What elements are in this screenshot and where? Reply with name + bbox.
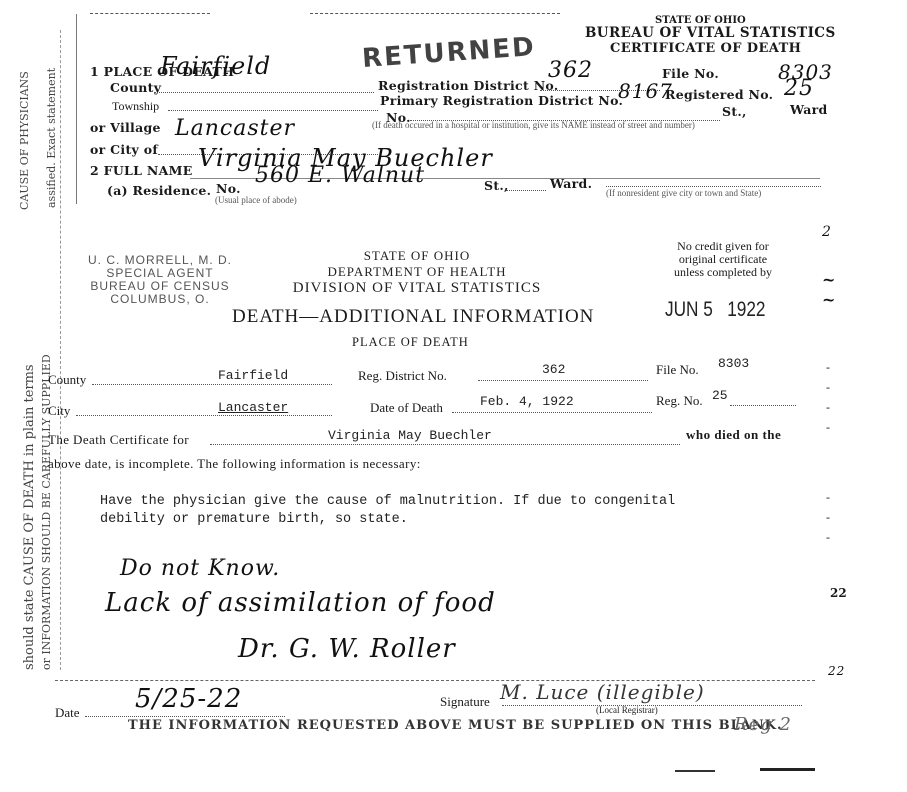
left-border-line — [76, 14, 77, 204]
census-stamp: U. C. MORRELL, M. D. SPECIAL AGENT BUREA… — [65, 254, 255, 306]
credit-note-line: unless completed by — [658, 266, 788, 279]
add-county-label: County — [48, 372, 86, 388]
reg-district-handwritten: 362 — [548, 58, 593, 83]
date-of-death-label: Date of Death — [370, 400, 443, 416]
add-city-dotted-line — [76, 415, 332, 416]
village-label: or Village — [90, 120, 161, 135]
scan-mark — [675, 770, 715, 772]
request-line-2: debility or premature birth, so state. — [100, 512, 408, 527]
date-received-stamp: JUN 5 1922 — [665, 298, 766, 322]
top-border-line — [310, 13, 560, 14]
st-label: St., — [722, 104, 747, 119]
returned-stamp: RETURNED — [361, 32, 536, 74]
credit-note: No credit given for original certificate… — [658, 240, 788, 279]
right-margin-dot: - — [826, 490, 830, 505]
hospital-note: (If death occured in a hospital or insti… — [372, 120, 695, 130]
reg-district-label: Registration District No. — [378, 78, 559, 93]
date-label: Date — [55, 705, 80, 721]
right-margin-mark: ~ — [822, 290, 836, 309]
date-dotted-line — [85, 716, 285, 717]
full-name-label: 2 FULL NAME — [90, 163, 193, 178]
add-file-no-value: 8303 — [718, 356, 749, 371]
left-margin-bottom-text-2: or INFORMATION SHOULD BE CAREFULLY SUPPL… — [40, 354, 53, 670]
add-reg-district-label: Reg. District No. — [358, 368, 447, 384]
county-dotted-line — [154, 92, 374, 93]
scan-mark — [760, 768, 815, 771]
left-margin-line — [60, 30, 61, 670]
city-label: or City of — [90, 142, 158, 157]
signature-label: Signature — [440, 694, 490, 710]
footer-notice: THE INFORMATION REQUESTED ABOVE MUST BE … — [128, 718, 783, 733]
physician-signature: Dr. G. W. Roller — [238, 634, 456, 664]
date-handwritten: 5/25-22 — [135, 684, 242, 714]
registered-no-handwritten: 25 — [784, 76, 814, 101]
right-margin-dot: - — [826, 420, 830, 435]
right-margin-mark: 22 — [830, 586, 847, 600]
registrar-signature: M. Luce (illegible) — [500, 680, 705, 704]
cert-title: CERTIFICATE OF DEATH — [610, 41, 801, 56]
form-subtitle: PLACE OF DEATH — [352, 335, 469, 350]
local-registrar-label: (Local Registrar) — [596, 705, 658, 715]
cert-for-value: Virginia May Buechler — [328, 428, 492, 443]
top-border-line — [90, 13, 210, 14]
residence-no-label: No. — [216, 181, 241, 196]
date-of-death-dotted-line — [452, 412, 652, 413]
dept-department: DEPARTMENT OF HEALTH — [272, 264, 562, 280]
dept-division: DIVISION OF VITAL STATISTICS — [272, 280, 562, 297]
usual-abode-note: (Usual place of abode) — [215, 195, 297, 205]
village-handwritten: Lancaster — [175, 116, 295, 141]
residence-ward-label: Ward. — [550, 176, 592, 191]
right-margin-mark: ~ — [822, 270, 836, 289]
left-margin-top-text: assified. Exact statement — [45, 68, 58, 208]
ward-dotted-line — [506, 190, 546, 191]
add-file-no-label: File No. — [656, 362, 699, 378]
died-on-label: who died on the — [686, 427, 781, 443]
response-line-2: Lack of assimilation of food — [105, 588, 496, 618]
right-margin-mark: 2 — [822, 224, 832, 240]
nonresident-dotted-line — [606, 186, 821, 187]
add-county-value: Fairfield — [218, 368, 288, 383]
right-margin-dot: - — [826, 360, 830, 375]
add-reg-no-dotted-line — [730, 405, 796, 406]
nonresident-note: (If nonresident give city or town and St… — [606, 188, 761, 198]
left-margin-top-text-2: CAUSE OF PHYSICIANS — [18, 71, 31, 210]
request-line-1: Have the physician give the cause of mal… — [100, 494, 675, 509]
residence-handwritten: 560 E. Walnut — [255, 163, 425, 188]
right-margin-dot: - — [826, 380, 830, 395]
add-county-dotted-line — [92, 384, 332, 385]
left-margin-bottom-text: should state CAUSE OF DEATH in plain ter… — [22, 364, 37, 670]
form-title: DEATH—ADDITIONAL INFORMATION — [232, 306, 594, 328]
primary-reg-label: Primary Registration District No. — [380, 93, 623, 108]
response-line-1: Do not Know. — [120, 556, 280, 581]
dept-state: STATE OF OHIO — [272, 248, 562, 264]
add-reg-district-value: 362 — [542, 362, 565, 377]
township-label: Township — [112, 99, 159, 114]
add-city-label: City — [48, 403, 70, 419]
cert-bureau-header: BUREAU OF VITAL STATISTICS — [585, 25, 836, 41]
census-stamp-line: COLUMBUS, O. — [65, 293, 255, 306]
right-margin-dot: - — [826, 530, 830, 545]
cert-for-label: The Death Certificate for — [48, 432, 189, 448]
right-margin-dot: - — [826, 510, 830, 525]
add-city-value: Lancaster — [218, 400, 288, 415]
date-of-death-value: Feb. 4, 1922 — [480, 394, 574, 409]
residence-label: (a) Residence. — [107, 183, 211, 198]
county-handwritten: Fairfield — [160, 52, 271, 80]
add-reg-no-label: Reg. No. — [656, 393, 703, 409]
right-margin-dot: - — [826, 400, 830, 415]
add-reg-no-value: 25 — [712, 388, 728, 403]
left-margin-top-text: CAUSE OF PHYSICIANS — [18, 71, 31, 210]
right-margin-mark: 22 — [828, 664, 845, 678]
residence-st-label: St., — [484, 178, 509, 193]
cert-for-dotted-line — [210, 444, 680, 445]
footer-annotation: Reg 2 — [734, 714, 792, 735]
registered-no-label: Registered No. — [665, 87, 773, 102]
department-header: STATE OF OHIO DEPARTMENT OF HEALTH DIVIS… — [272, 248, 562, 297]
township-dotted-line — [168, 110, 378, 111]
ward-label: Ward — [790, 102, 828, 117]
add-reg-district-dotted-line — [478, 380, 648, 381]
incomplete-text: above date, is incomplete. The following… — [48, 456, 421, 472]
